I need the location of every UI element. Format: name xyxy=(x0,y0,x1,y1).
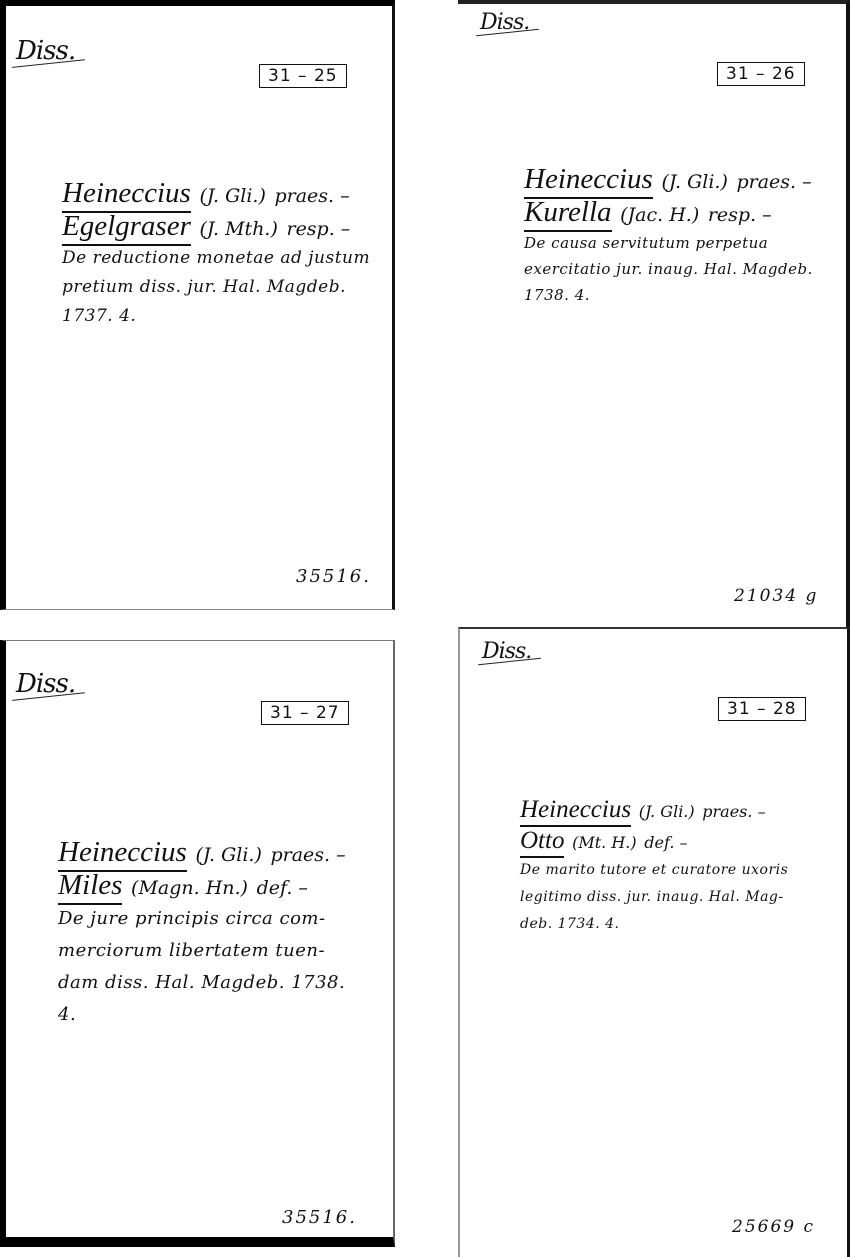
title-line: legitimo diss. jur. inaug. Hal. Mag- xyxy=(520,884,788,911)
praeses-name: Heineccius xyxy=(62,177,191,213)
praeses-role: praes. – xyxy=(702,802,765,821)
respondent-initials: (J. Mth.) xyxy=(199,218,277,240)
shelf-number: 31 – 26 xyxy=(717,62,805,86)
catalog-entry: Heineccius (J. Gli.) praes. – Kurella (J… xyxy=(524,164,813,308)
shelf-number: 31 – 27 xyxy=(261,701,349,725)
accession-number: 25669 c xyxy=(732,1217,815,1237)
title-line: pretium diss. jur. Hal. Magdeb. xyxy=(62,273,370,302)
category-mark: Diss. xyxy=(16,669,75,699)
title-line: merciorum libertatem tuen- xyxy=(58,935,346,967)
catalog-card-31-27: Diss. 31 – 27 Heineccius (J. Gli.) praes… xyxy=(0,640,395,1247)
title-line: De marito tutore et curatore uxoris xyxy=(520,857,788,884)
category-mark: Diss. xyxy=(482,639,531,664)
respondent-role: resp. – xyxy=(286,218,350,240)
respondent-name: Kurella xyxy=(524,196,612,232)
accession-number: 21034 g xyxy=(734,586,818,606)
praeses-initials: (J. Gli.) xyxy=(639,802,695,821)
catalog-entry: Heineccius (J. Gli.) praes. – Egelgraser… xyxy=(62,178,370,331)
praeses-name: Heineccius xyxy=(524,163,653,199)
catalog-entry: Heineccius (J. Gli.) praes. – Miles (Mag… xyxy=(58,837,346,1031)
respondent-line: Egelgraser (J. Mth.) resp. – xyxy=(62,211,370,244)
respondent-line: Miles (Magn. Hn.) def. – xyxy=(58,870,346,903)
respondent-role: resp. – xyxy=(708,204,772,226)
title-line: 1738. 4. xyxy=(524,282,813,308)
respondent-name: Miles xyxy=(58,869,122,905)
title-line: De jure principis circa com- xyxy=(58,903,346,935)
praeses-initials: (J. Gli.) xyxy=(199,185,265,207)
respondent-name: Egelgraser xyxy=(62,210,191,246)
title-line: exercitatio jur. inaug. Hal. Magdeb. xyxy=(524,256,813,282)
catalog-card-31-28: Diss. 31 – 28 Heineccius (J. Gli.) praes… xyxy=(458,627,850,1257)
title-line: dam diss. Hal. Magdeb. 1738. xyxy=(58,967,346,999)
respondent-role: def. – xyxy=(644,833,687,852)
praeses-line: Heineccius (J. Gli.) praes. – xyxy=(520,795,788,826)
praeses-role: praes. – xyxy=(270,844,345,866)
accession-number: 35516. xyxy=(282,1207,357,1228)
category-mark: Diss. xyxy=(16,36,75,66)
respondent-initials: (Mt. H.) xyxy=(572,833,637,852)
praeses-name: Heineccius xyxy=(520,796,631,827)
praeses-line: Heineccius (J. Gli.) praes. – xyxy=(62,178,370,211)
respondent-name: Otto xyxy=(520,827,564,858)
catalog-card-31-26: Diss. 31 – 26 Heineccius (J. Gli.) praes… xyxy=(458,0,850,628)
respondent-line: Kurella (Jac. H.) resp. – xyxy=(524,197,813,230)
praeses-role: praes. – xyxy=(736,171,811,193)
praeses-initials: (J. Gli.) xyxy=(661,171,727,193)
respondent-initials: (Magn. Hn.) xyxy=(131,877,248,899)
accession-number: 35516. xyxy=(296,566,371,587)
praeses-initials: (J. Gli.) xyxy=(195,844,261,866)
title-line: 1737. 4. xyxy=(62,302,370,331)
respondent-role: def. – xyxy=(257,877,308,899)
respondent-initials: (Jac. H.) xyxy=(620,204,699,226)
category-mark: Diss. xyxy=(480,10,529,35)
title-line: deb. 1734. 4. xyxy=(520,911,788,938)
shelf-number: 31 – 28 xyxy=(718,697,806,721)
title-line: De causa servitutum perpetua xyxy=(524,230,813,256)
title-line: 4. xyxy=(58,999,346,1031)
shelf-number: 31 – 25 xyxy=(259,64,347,88)
praeses-line: Heineccius (J. Gli.) praes. – xyxy=(524,164,813,197)
praeses-role: praes. – xyxy=(274,185,349,207)
title-line: De reductione monetae ad justum xyxy=(62,244,370,273)
catalog-entry: Heineccius (J. Gli.) praes. – Otto (Mt. … xyxy=(520,795,788,938)
respondent-line: Otto (Mt. H.) def. – xyxy=(520,826,788,857)
catalog-card-31-25: Diss. 31 – 25 Heineccius (J. Gli.) praes… xyxy=(0,0,395,610)
praeses-name: Heineccius xyxy=(58,836,187,872)
praeses-line: Heineccius (J. Gli.) praes. – xyxy=(58,837,346,870)
